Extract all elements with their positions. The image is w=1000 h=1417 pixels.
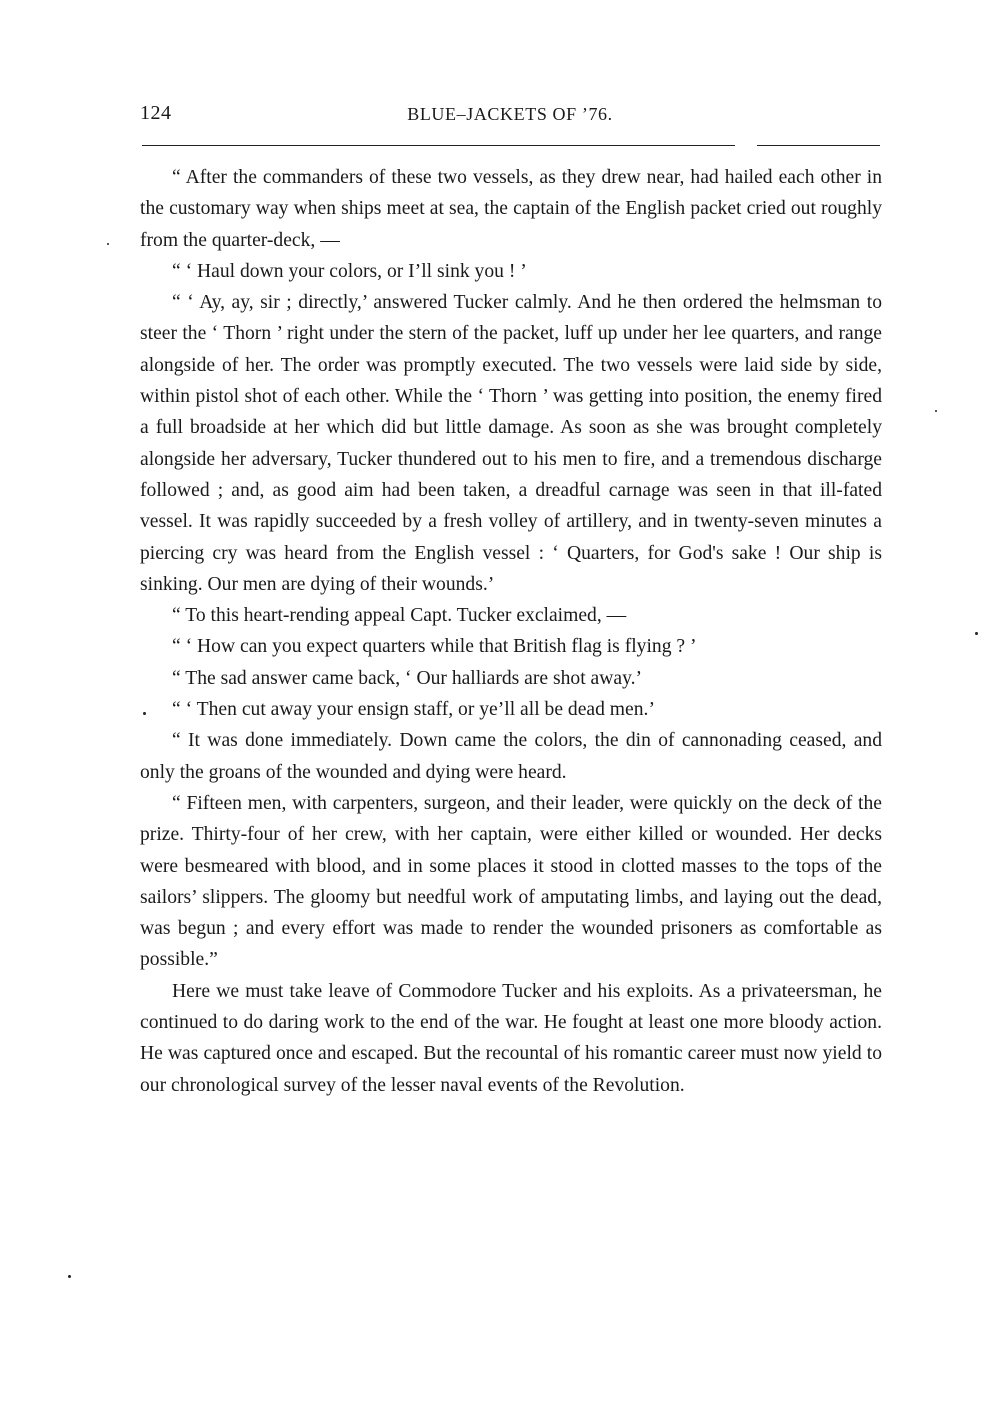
running-title: BLUE–JACKETS OF ’76. [140, 104, 880, 125]
scan-speck [107, 243, 109, 245]
paragraph-how-can-you-expect: “ ‘ How can you expect quarters while th… [140, 631, 882, 662]
paragraph-cut-away-ensign: “ ‘ Then cut away your ensign staff, or … [140, 694, 882, 725]
paragraph-ay-ay-sir: “ ‘ Ay, ay, sir ; directly,’ answered Tu… [140, 287, 882, 600]
paragraph-sad-answer: “ The sad answer came back, ‘ Our hallia… [140, 663, 882, 694]
paragraph-heart-rending-appeal: “ To this heart-rending appeal Capt. Tuc… [140, 600, 882, 631]
book-page: 124 BLUE–JACKETS OF ’76. “ After the com… [0, 0, 1000, 1417]
paragraph-haul-down: “ ‘ Haul down your colors, or I’ll sink … [140, 256, 882, 287]
paragraph-leave-of-tucker: Here we must take leave of Commodore Tuc… [140, 976, 882, 1101]
paragraph-done-immediately: “ It was done immediately. Down came the… [140, 725, 882, 788]
body-text: “ After the commanders of these two vess… [140, 162, 882, 1101]
paragraph-fifteen-men: “ Fifteen men, with carpenters, surgeon,… [140, 788, 882, 976]
paragraph-commanders-hailed: “ After the commanders of these two vess… [140, 162, 882, 256]
scan-speck [935, 410, 937, 412]
scan-speck [975, 632, 978, 635]
scan-speck [143, 712, 146, 715]
running-head: 124 BLUE–JACKETS OF ’76. [140, 102, 880, 132]
scan-speck [68, 1275, 71, 1278]
header-rule-gap [735, 143, 757, 148]
header-rule [142, 145, 880, 146]
